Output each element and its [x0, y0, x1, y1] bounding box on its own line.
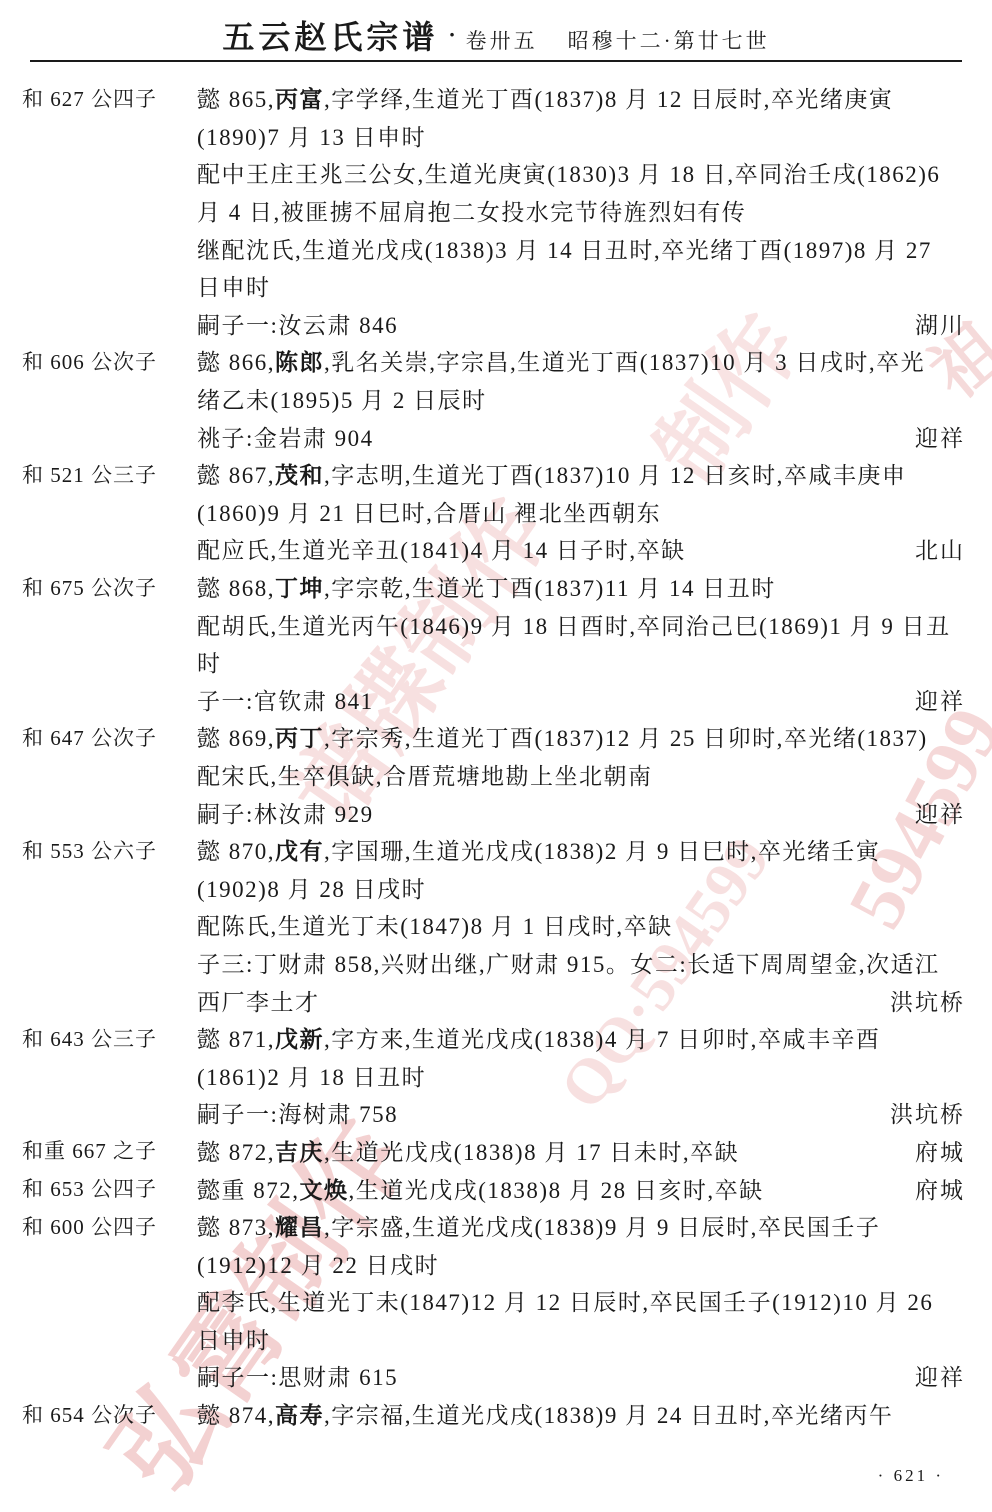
entry-line: 和重 667 之子 懿 872,吉庆,生道光戊戌(1838)8 月 17 日未时… [22, 1132, 965, 1170]
entry-line: 配宋氏,生卒俱缺,合厝荒塘地勘上坐北朝南 [22, 756, 965, 794]
entry-text: 配宋氏,生卒俱缺,合厝荒塘地勘上坐北朝南 [197, 758, 965, 791]
person-name: 丁坤 [275, 570, 324, 603]
title-separator-dot: · [448, 22, 455, 47]
page-title: 五云赵氏宗谱 [222, 19, 438, 55]
entry-text: 懿 874,高寿,字宗福,生道光戊戌(1838)9 月 24 日丑时,卒光绪丙午 [197, 1397, 965, 1430]
entry-line: 子三:丁财肃 858,兴财出继,广财肃 915。女二:长适下周周望金,次适江 [22, 944, 965, 982]
entry-line: 时 [22, 643, 965, 681]
entry-text-segment: (1902)8 月 28 日戌时 [197, 871, 426, 904]
entry-text-segment: 懿 866, [197, 344, 275, 377]
entry-text-segment: (1860)9 月 21 日巳时,合厝山 裡北坐西朝东 [197, 495, 661, 528]
entry-text-segment: 懿 873, [197, 1209, 275, 1242]
entry-line: 日申时 [22, 267, 965, 305]
entry-line: 配应氏,生道光辛丑(1841)4 月 14 日子时,卒缺北山 [22, 530, 965, 568]
page-header: 五云赵氏宗谱·卷卅五昭穆十二·第廿七世 [0, 12, 992, 58]
entry-text: 绪乙未(1895)5 月 2 日辰时 [197, 382, 965, 415]
entry-line: (1912)12 月 22 日戌时 [22, 1244, 965, 1282]
entry-text-segment: ,字宗秀,生道光丁酉(1837)12 月 25 日卯时,卒光绪(1837) [324, 720, 928, 753]
entry-line: 和 600 公四子 懿 873,耀昌,字宗盛,生道光戊戌(1838)9 月 9 … [22, 1207, 965, 1245]
entry-text: 子三:丁财肃 858,兴财出继,广财肃 915。女二:长适下周周望金,次适江 [197, 946, 965, 979]
entry-text: (1902)8 月 28 日戌时 [197, 871, 965, 904]
entry-line: 嗣子一:思财肃 615迎祥 [22, 1357, 965, 1395]
entry-text: 懿重 872,文焕,生道光戊戌(1838)8 月 28 日亥时,卒缺府城 [197, 1172, 965, 1205]
entry-text-segment: 懿 869, [197, 720, 275, 753]
entry-text-segment: ,字宗乾,生道光丁酉(1837)11 月 14 日丑时 [324, 570, 776, 603]
entry-text: (1890)7 月 13 日申时 [197, 119, 965, 152]
entry-text: 配应氏,生道光辛丑(1841)4 月 14 日子时,卒缺北山 [197, 532, 965, 565]
entry-text: 祧子:金岩肃 904迎祥 [197, 420, 965, 453]
entry-text-segment: 配李氏,生道光丁未(1847)12 月 12 日辰时,卒民国壬子(1912)10… [197, 1284, 933, 1317]
entry-text: 懿 867,茂和,字志明,生道光丁酉(1837)10 月 12 日亥时,卒咸丰庚… [197, 457, 965, 490]
entry-text-segment: ,字宗盛,生道光戊戌(1838)9 月 9 日辰时,卒民国壬子 [324, 1209, 880, 1242]
entry-line: 配中王庄王兆三公女,生道光庚寅(1830)3 月 18 日,卒同治壬戌(1862… [22, 154, 965, 192]
entry-text-segment: 配宋氏,生卒俱缺,合厝荒塘地勘上坐北朝南 [197, 758, 653, 791]
entry-text: 月 4 日,被匪掳不屈肩抱二女投水完节待旌烈妇有传 [197, 194, 965, 227]
entry-text-segment: 懿 865, [197, 81, 275, 114]
entry-text-segment: 配胡氏,生道光丙午(1846)9 月 18 日酉时,卒同治己巳(1869)1 月… [197, 608, 951, 641]
entry-text: 懿 872,吉庆,生道光戊戌(1838)8 月 17 日未时,卒缺府城 [197, 1134, 965, 1167]
entry-text-segment: 嗣子一:思财肃 615 [197, 1359, 398, 1392]
person-name: 陈郎 [275, 344, 324, 377]
entry-text: 懿 868,丁坤,字宗乾,生道光丁酉(1837)11 月 14 日丑时 [197, 570, 965, 603]
entry-text: 懿 870,戊有,字国珊,生道光戊戌(1838)2 月 9 日巳时,卒光绪壬寅 [197, 833, 965, 866]
person-name: 吉庆 [275, 1134, 324, 1167]
entry-text-segment: ,字方来,生道光戊戌(1838)4 月 7 日卯时,卒咸丰辛酉 [324, 1021, 880, 1054]
entry-text: 配陈氏,生道光丁未(1847)8 月 1 日戌时,卒缺 [197, 908, 965, 941]
entry-line: 继配沈氏,生道光戊戌(1838)3 月 14 日丑时,卒光绪丁酉(1897)8 … [22, 229, 965, 267]
entry-line: 祧子:金岩肃 904迎祥 [22, 417, 965, 455]
entry-text: 嗣子一:思财肃 615迎祥 [197, 1359, 965, 1392]
entry-text: 时 [197, 645, 965, 678]
genealogy-rows: 和 627 公四子 懿 865,丙富,字学绎,生道光丁酉(1837)8 月 12… [22, 79, 965, 1432]
entry-line: 配李氏,生道光丁未(1847)12 月 12 日辰时,卒民国壬子(1912)10… [22, 1282, 965, 1320]
entry-text: 西厂李土才洪坑桥 [197, 984, 965, 1017]
entry-line: 和 553 公六子 懿 870,戊有,字国珊,生道光戊戌(1838)2 月 9 … [22, 831, 965, 869]
residence-label: 洪坑桥 [890, 984, 965, 1017]
entry-label: 和重 667 之子 [22, 1135, 197, 1165]
entry-line: 和 654 公次子 懿 874,高寿,字宗福,生道光戊戌(1838)9 月 24… [22, 1395, 965, 1433]
entry-text: 日申时 [197, 1322, 965, 1355]
entry-text-segment: 绪乙未(1895)5 月 2 日辰时 [197, 382, 487, 415]
entry-text: 懿 869,丙丁,字宗秀,生道光丁酉(1837)12 月 25 日卯时,卒光绪(… [197, 720, 965, 753]
entry-text: 配胡氏,生道光丙午(1846)9 月 18 日酉时,卒同治己巳(1869)1 月… [197, 608, 965, 641]
entry-text-segment: 懿 872, [197, 1134, 275, 1167]
entry-text-segment: 懿 871, [197, 1021, 275, 1054]
entry-text: 懿 873,耀昌,字宗盛,生道光戊戌(1838)9 月 9 日辰时,卒民国壬子 [197, 1209, 965, 1242]
entry-text: 嗣子:林汝肃 929迎祥 [197, 796, 965, 829]
entry-line: (1890)7 月 13 日申时 [22, 117, 965, 155]
entry-text-segment: 西厂李土才 [197, 984, 320, 1017]
entry-text-segment: ,字宗福,生道光戊戌(1838)9 月 24 日丑时,卒光绪丙午 [324, 1397, 893, 1430]
entry-label: 和 606 公次子 [22, 346, 197, 376]
entry-text-segment: ,生道光戊戌(1838)8 月 17 日未时,卒缺 [324, 1134, 739, 1167]
entry-label: 和 653 公四子 [22, 1173, 197, 1203]
person-name: 高寿 [275, 1397, 324, 1430]
residence-label: 府城 [915, 1172, 965, 1205]
person-name: 丙富 [275, 81, 324, 114]
entry-line: 和 675 公次子 懿 868,丁坤,字宗乾,生道光丁酉(1837)11 月 1… [22, 568, 965, 606]
entry-text-segment: 日申时 [197, 1322, 271, 1355]
entry-text-segment: 继配沈氏,生道光戊戌(1838)3 月 14 日丑时,卒光绪丁酉(1897)8 … [197, 232, 932, 265]
entry-text-segment: 懿 870, [197, 833, 275, 866]
entry-text: (1912)12 月 22 日戌时 [197, 1247, 965, 1280]
entry-line: (1861)2 月 18 日丑时 [22, 1056, 965, 1094]
entry-text: 嗣子一:汝云肃 846湖川 [197, 307, 965, 340]
entry-text-segment: 懿 874, [197, 1397, 275, 1430]
entry-text-segment: (1912)12 月 22 日戌时 [197, 1247, 439, 1280]
entry-text-segment: ,字志明,生道光丁酉(1837)10 月 12 日亥时,卒咸丰庚申 [324, 457, 906, 490]
entry-line: 和 643 公三子 懿 871,戊新,字方来,生道光戊戌(1838)4 月 7 … [22, 1019, 965, 1057]
person-name: 茂和 [275, 457, 324, 490]
entry-text-segment: 嗣子一:汝云肃 846 [197, 307, 398, 340]
entry-line: 月 4 日,被匪掳不屈肩抱二女投水完节待旌烈妇有传 [22, 192, 965, 230]
genealogy-page: 五云赵氏宗谱·卷卅五昭穆十二·第廿七世 和 627 公四子 懿 865,丙富,字… [0, 0, 992, 1512]
entry-label: 和 675 公次子 [22, 572, 197, 602]
entry-text: 懿 866,陈郎,乳名关崇,字宗昌,生道光丁酉(1837)10 月 3 日戌时,… [197, 344, 965, 377]
entry-label: 和 521 公三子 [22, 459, 197, 489]
entry-label: 和 600 公四子 [22, 1211, 197, 1241]
entry-text-segment: ,字学绎,生道光丁酉(1837)8 月 12 日辰时,卒光绪庚寅 [324, 81, 893, 114]
entry-line: 和 647 公次子 懿 869,丙丁,字宗秀,生道光丁酉(1837)12 月 2… [22, 718, 965, 756]
residence-label: 迎祥 [915, 420, 965, 453]
generation-label: 昭穆十二·第廿七世 [568, 29, 770, 53]
entry-line: (1902)8 月 28 日戌时 [22, 868, 965, 906]
entry-text: 日申时 [197, 269, 965, 302]
entry-text-segment: 时 [197, 645, 222, 678]
entry-line: 嗣子一:汝云肃 846湖川 [22, 305, 965, 343]
residence-label: 湖川 [915, 307, 965, 340]
entry-text: 继配沈氏,生道光戊戌(1838)3 月 14 日丑时,卒光绪丁酉(1897)8 … [197, 232, 965, 265]
entry-text: 配中王庄王兆三公女,生道光庚寅(1830)3 月 18 日,卒同治壬戌(1862… [197, 156, 965, 189]
residence-label: 迎祥 [915, 796, 965, 829]
entry-line: 嗣子:林汝肃 929迎祥 [22, 793, 965, 831]
entry-line: 配胡氏,生道光丙午(1846)9 月 18 日酉时,卒同治己巳(1869)1 月… [22, 605, 965, 643]
entry-line: 配陈氏,生道光丁未(1847)8 月 1 日戌时,卒缺 [22, 906, 965, 944]
entry-line: (1860)9 月 21 日巳时,合厝山 裡北坐西朝东 [22, 493, 965, 531]
entry-line: 和 606 公次子 懿 866,陈郎,乳名关崇,字宗昌,生道光丁酉(1837)1… [22, 342, 965, 380]
entry-line: 西厂李土才洪坑桥 [22, 981, 965, 1019]
entry-text-segment: (1890)7 月 13 日申时 [197, 119, 426, 152]
entry-text-segment: 懿 867, [197, 457, 275, 490]
entry-label: 和 553 公六子 [22, 835, 197, 865]
entry-label: 和 643 公三子 [22, 1023, 197, 1053]
entry-text-segment: ,生道光戊戌(1838)8 月 28 日亥时,卒缺 [349, 1172, 764, 1205]
entry-text-segment: 嗣子一:海树肃 758 [197, 1096, 398, 1129]
person-name: 戊新 [275, 1021, 324, 1054]
entry-text: 懿 871,戊新,字方来,生道光戊戌(1838)4 月 7 日卯时,卒咸丰辛酉 [197, 1021, 965, 1054]
header-divider [30, 60, 962, 62]
entry-line: 日申时 [22, 1320, 965, 1358]
entry-text-segment: 配中王庄王兆三公女,生道光庚寅(1830)3 月 18 日,卒同治壬戌(1862… [197, 156, 940, 189]
entry-line: 嗣子一:海树肃 758洪坑桥 [22, 1094, 965, 1132]
entry-line: 和 627 公四子 懿 865,丙富,字学绎,生道光丁酉(1837)8 月 12… [22, 79, 965, 117]
entry-text-segment: ,字国珊,生道光戊戌(1838)2 月 9 日巳时,卒光绪壬寅 [324, 833, 880, 866]
person-name: 耀昌 [275, 1209, 324, 1242]
entry-line: 和 653 公四子 懿重 872,文焕,生道光戊戌(1838)8 月 28 日亥… [22, 1169, 965, 1207]
entry-text: 嗣子一:海树肃 758洪坑桥 [197, 1096, 965, 1129]
residence-label: 北山 [915, 532, 965, 565]
person-name: 戊有 [275, 833, 324, 866]
entry-text-segment: (1861)2 月 18 日丑时 [197, 1059, 426, 1092]
entry-text-segment: 配陈氏,生道光丁未(1847)8 月 1 日戌时,卒缺 [197, 908, 673, 941]
entry-text-segment: 月 4 日,被匪掳不屈肩抱二女投水完节待旌烈妇有传 [197, 194, 746, 227]
entry-text-segment: 嗣子:林汝肃 929 [197, 796, 374, 829]
entry-label: 和 654 公次子 [22, 1399, 197, 1429]
volume-label: 卷卅五 [466, 29, 538, 53]
entry-label: 和 647 公次子 [22, 722, 197, 752]
entry-text: 子一:官钦肃 841迎祥 [197, 683, 965, 716]
entry-text-segment: 懿 868, [197, 570, 275, 603]
person-name: 文焕 [300, 1172, 349, 1205]
person-name: 丙丁 [275, 720, 324, 753]
entry-text: (1860)9 月 21 日巳时,合厝山 裡北坐西朝东 [197, 495, 965, 528]
residence-label: 洪坑桥 [890, 1096, 965, 1129]
entry-text-segment: 子三:丁财肃 858,兴财出继,广财肃 915。女二:长适下周周望金,次适江 [197, 946, 940, 979]
residence-label: 迎祥 [915, 683, 965, 716]
residence-label: 迎祥 [915, 1359, 965, 1392]
page-number: · 621 · [878, 1466, 944, 1486]
entry-text-segment: 日申时 [197, 269, 271, 302]
entry-text: 配李氏,生道光丁未(1847)12 月 12 日辰时,卒民国壬子(1912)10… [197, 1284, 965, 1317]
entry-label: 和 627 公四子 [22, 83, 197, 113]
entry-line: 和 521 公三子 懿 867,茂和,字志明,生道光丁酉(1837)10 月 1… [22, 455, 965, 493]
entry-text: (1861)2 月 18 日丑时 [197, 1059, 965, 1092]
entry-line: 子一:官钦肃 841迎祥 [22, 681, 965, 719]
entry-text-segment: 懿重 872, [197, 1172, 300, 1205]
entry-text-segment: 子一:官钦肃 841 [197, 683, 374, 716]
entry-text-segment: 配应氏,生道光辛丑(1841)4 月 14 日子时,卒缺 [197, 532, 686, 565]
residence-label: 府城 [915, 1134, 965, 1167]
entry-text: 懿 865,丙富,字学绎,生道光丁酉(1837)8 月 12 日辰时,卒光绪庚寅 [197, 81, 965, 114]
entry-text-segment: ,乳名关崇,字宗昌,生道光丁酉(1837)10 月 3 日戌时,卒光 [324, 344, 925, 377]
entry-line: 绪乙未(1895)5 月 2 日辰时 [22, 380, 965, 418]
entry-text-segment: 祧子:金岩肃 904 [197, 420, 374, 453]
